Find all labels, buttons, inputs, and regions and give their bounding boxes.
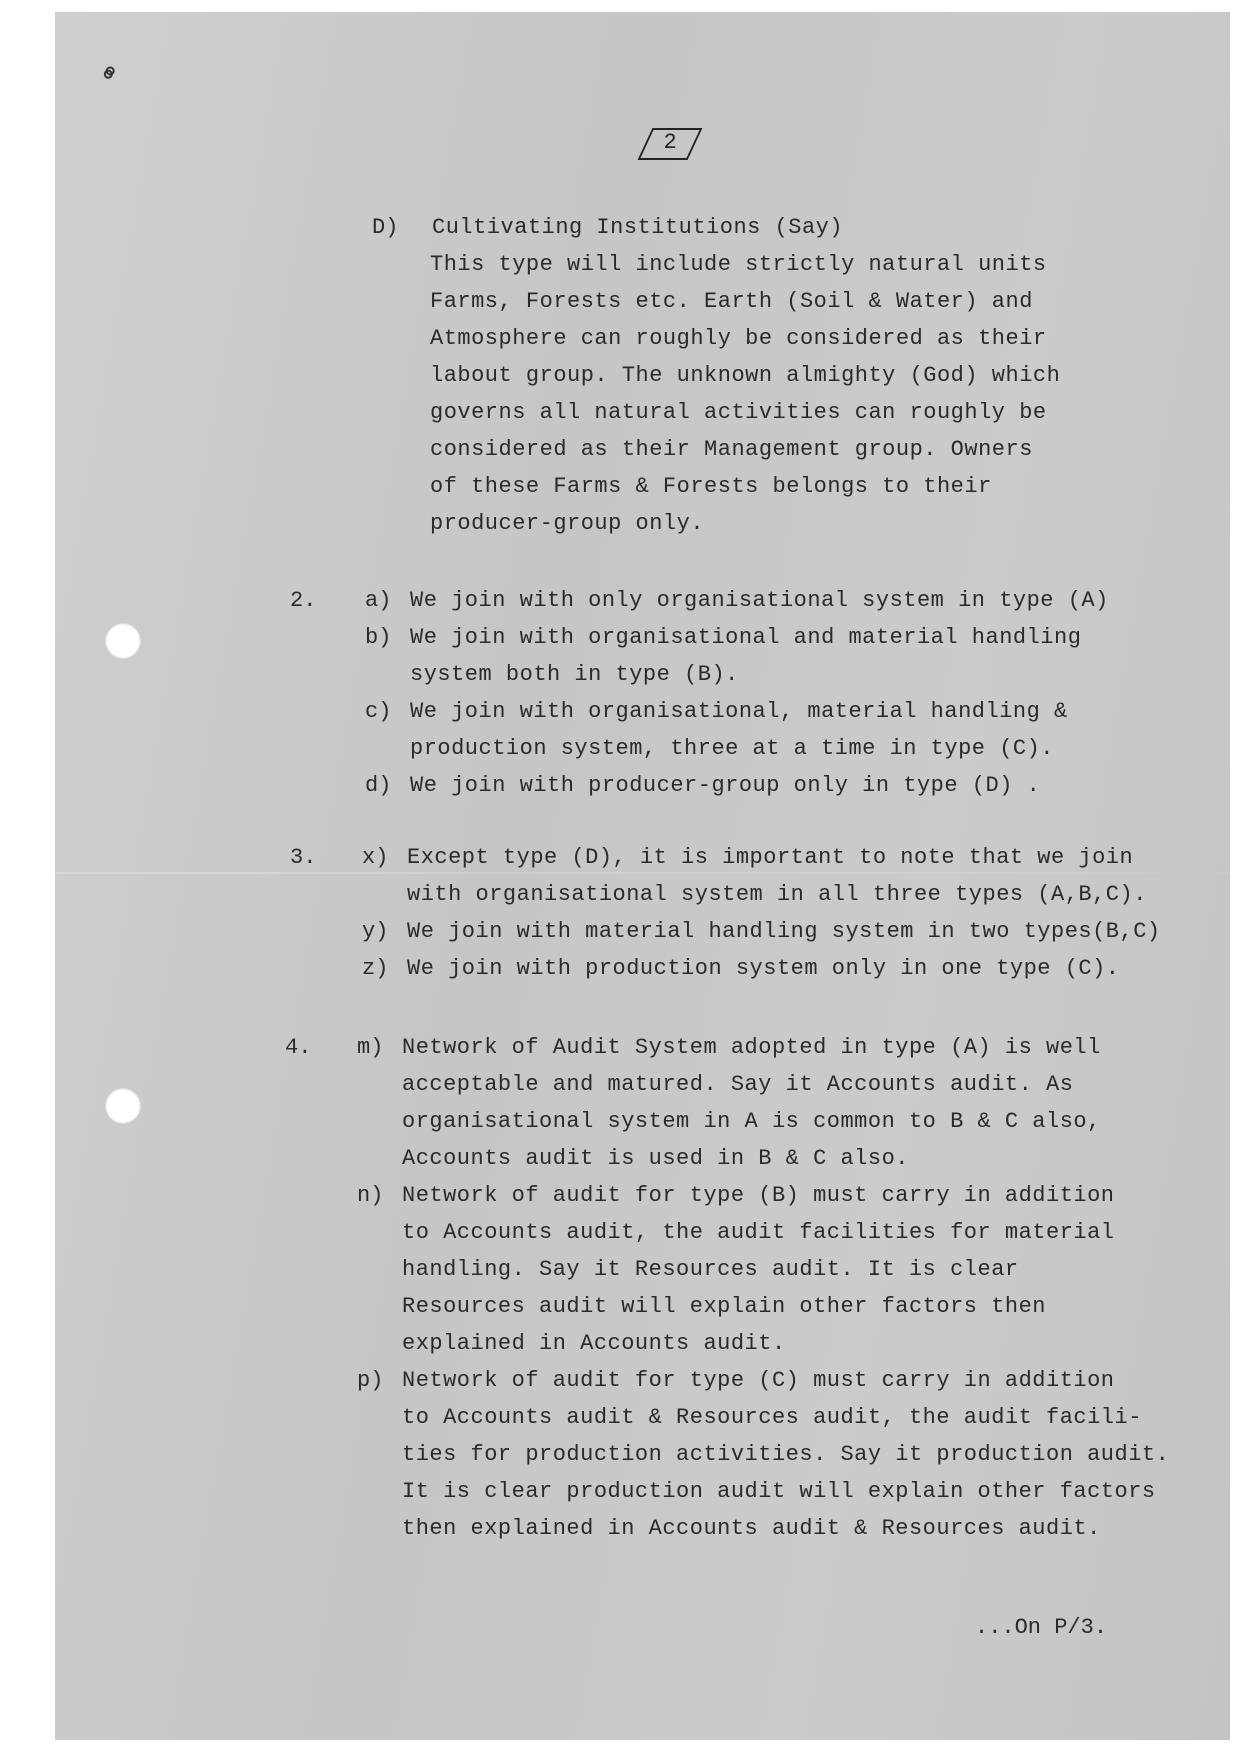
section-4-number: 4. xyxy=(285,1035,311,1060)
section-d-label: D) xyxy=(372,215,398,240)
section-4-item-line: to Accounts audit, the audit facilities … xyxy=(402,1220,1115,1245)
section-4-item-line: explained in Accounts audit. xyxy=(402,1331,786,1356)
section-2-item-line: We join with organisational and material… xyxy=(410,625,1081,650)
section-4-item-line: It is clear production audit will explai… xyxy=(402,1479,1156,1504)
punch-hole-bottom xyxy=(105,1088,141,1124)
section-4-item-line: handling. Say it Resources audit. It is … xyxy=(402,1257,1019,1282)
section-4-item-line: to Accounts audit & Resources audit, the… xyxy=(402,1405,1142,1430)
section-2-item-label: b) xyxy=(365,625,391,650)
section-3-item-line: Except type (D), it is important to note… xyxy=(407,845,1133,870)
section-2-item-label: a) xyxy=(365,588,391,613)
section-2-item-label: d) xyxy=(365,773,391,798)
section-4-item-label: p) xyxy=(357,1368,383,1393)
section-4-item-line: acceptable and matured. Say it Accounts … xyxy=(402,1072,1073,1097)
section-3-item-label: z) xyxy=(362,956,388,981)
section-3-item-label: x) xyxy=(362,845,388,870)
section-4-item-line: Resources audit will explain other facto… xyxy=(402,1294,1046,1319)
punch-hole-top xyxy=(105,623,141,659)
section-2-item-label: c) xyxy=(365,699,391,724)
section-d-line: producer-group only. xyxy=(430,511,704,536)
continuation-note: ...On P/3. xyxy=(975,1615,1107,1640)
section-4-item-line: Network of audit for type (B) must carry… xyxy=(402,1183,1115,1208)
section-d-line: labout group. The unknown almighty (God)… xyxy=(430,363,1060,388)
section-3-item-line: We join with material handling system in… xyxy=(407,919,1161,944)
section-4-item-line: Network of audit for type (C) must carry… xyxy=(402,1368,1115,1393)
section-2-item-line: We join with organisational, material ha… xyxy=(410,699,1068,724)
section-2-item-line: We join with producer-group only in type… xyxy=(410,773,1040,798)
section-d-line: considered as their Management group. Ow… xyxy=(430,437,1033,462)
section-3-item-line: with organisational system in all three … xyxy=(407,882,1147,907)
section-d-line: This type will include strictly natural … xyxy=(430,252,1047,277)
section-4-item-line: Accounts audit is used in B & C also. xyxy=(402,1146,909,1171)
section-2-item-line: system both in type (B). xyxy=(410,662,739,687)
section-4-item-line: ties for production activities. Say it p… xyxy=(402,1442,1169,1467)
paper-fold xyxy=(55,872,1230,874)
section-4-item-line: Network of Audit System adopted in type … xyxy=(402,1035,1101,1060)
section-3-item-label: y) xyxy=(362,919,388,944)
section-d-line: governs all natural activities can rough… xyxy=(430,400,1047,425)
section-2-item-line: We join with only organisational system … xyxy=(410,588,1109,613)
section-d-line: of these Farms & Forests belongs to thei… xyxy=(430,474,992,499)
section-4-item-label: n) xyxy=(357,1183,383,1208)
section-4-item-label: m) xyxy=(357,1035,383,1060)
section-3-item-line: We join with production system only in o… xyxy=(407,956,1120,981)
section-2-number: 2. xyxy=(290,588,316,613)
section-2-item-line: production system, three at a time in ty… xyxy=(410,736,1054,761)
section-d-line: Farms, Forests etc. Earth (Soil & Water)… xyxy=(430,289,1033,314)
section-3-number: 3. xyxy=(290,845,316,870)
section-4-item-line: then explained in Accounts audit & Resou… xyxy=(402,1516,1101,1541)
section-d-line: Atmosphere can roughly be considered as … xyxy=(430,326,1047,351)
section-4-item-line: organisational system in A is common to … xyxy=(402,1109,1101,1134)
section-d-heading: Cultivating Institutions (Say) xyxy=(432,215,843,240)
